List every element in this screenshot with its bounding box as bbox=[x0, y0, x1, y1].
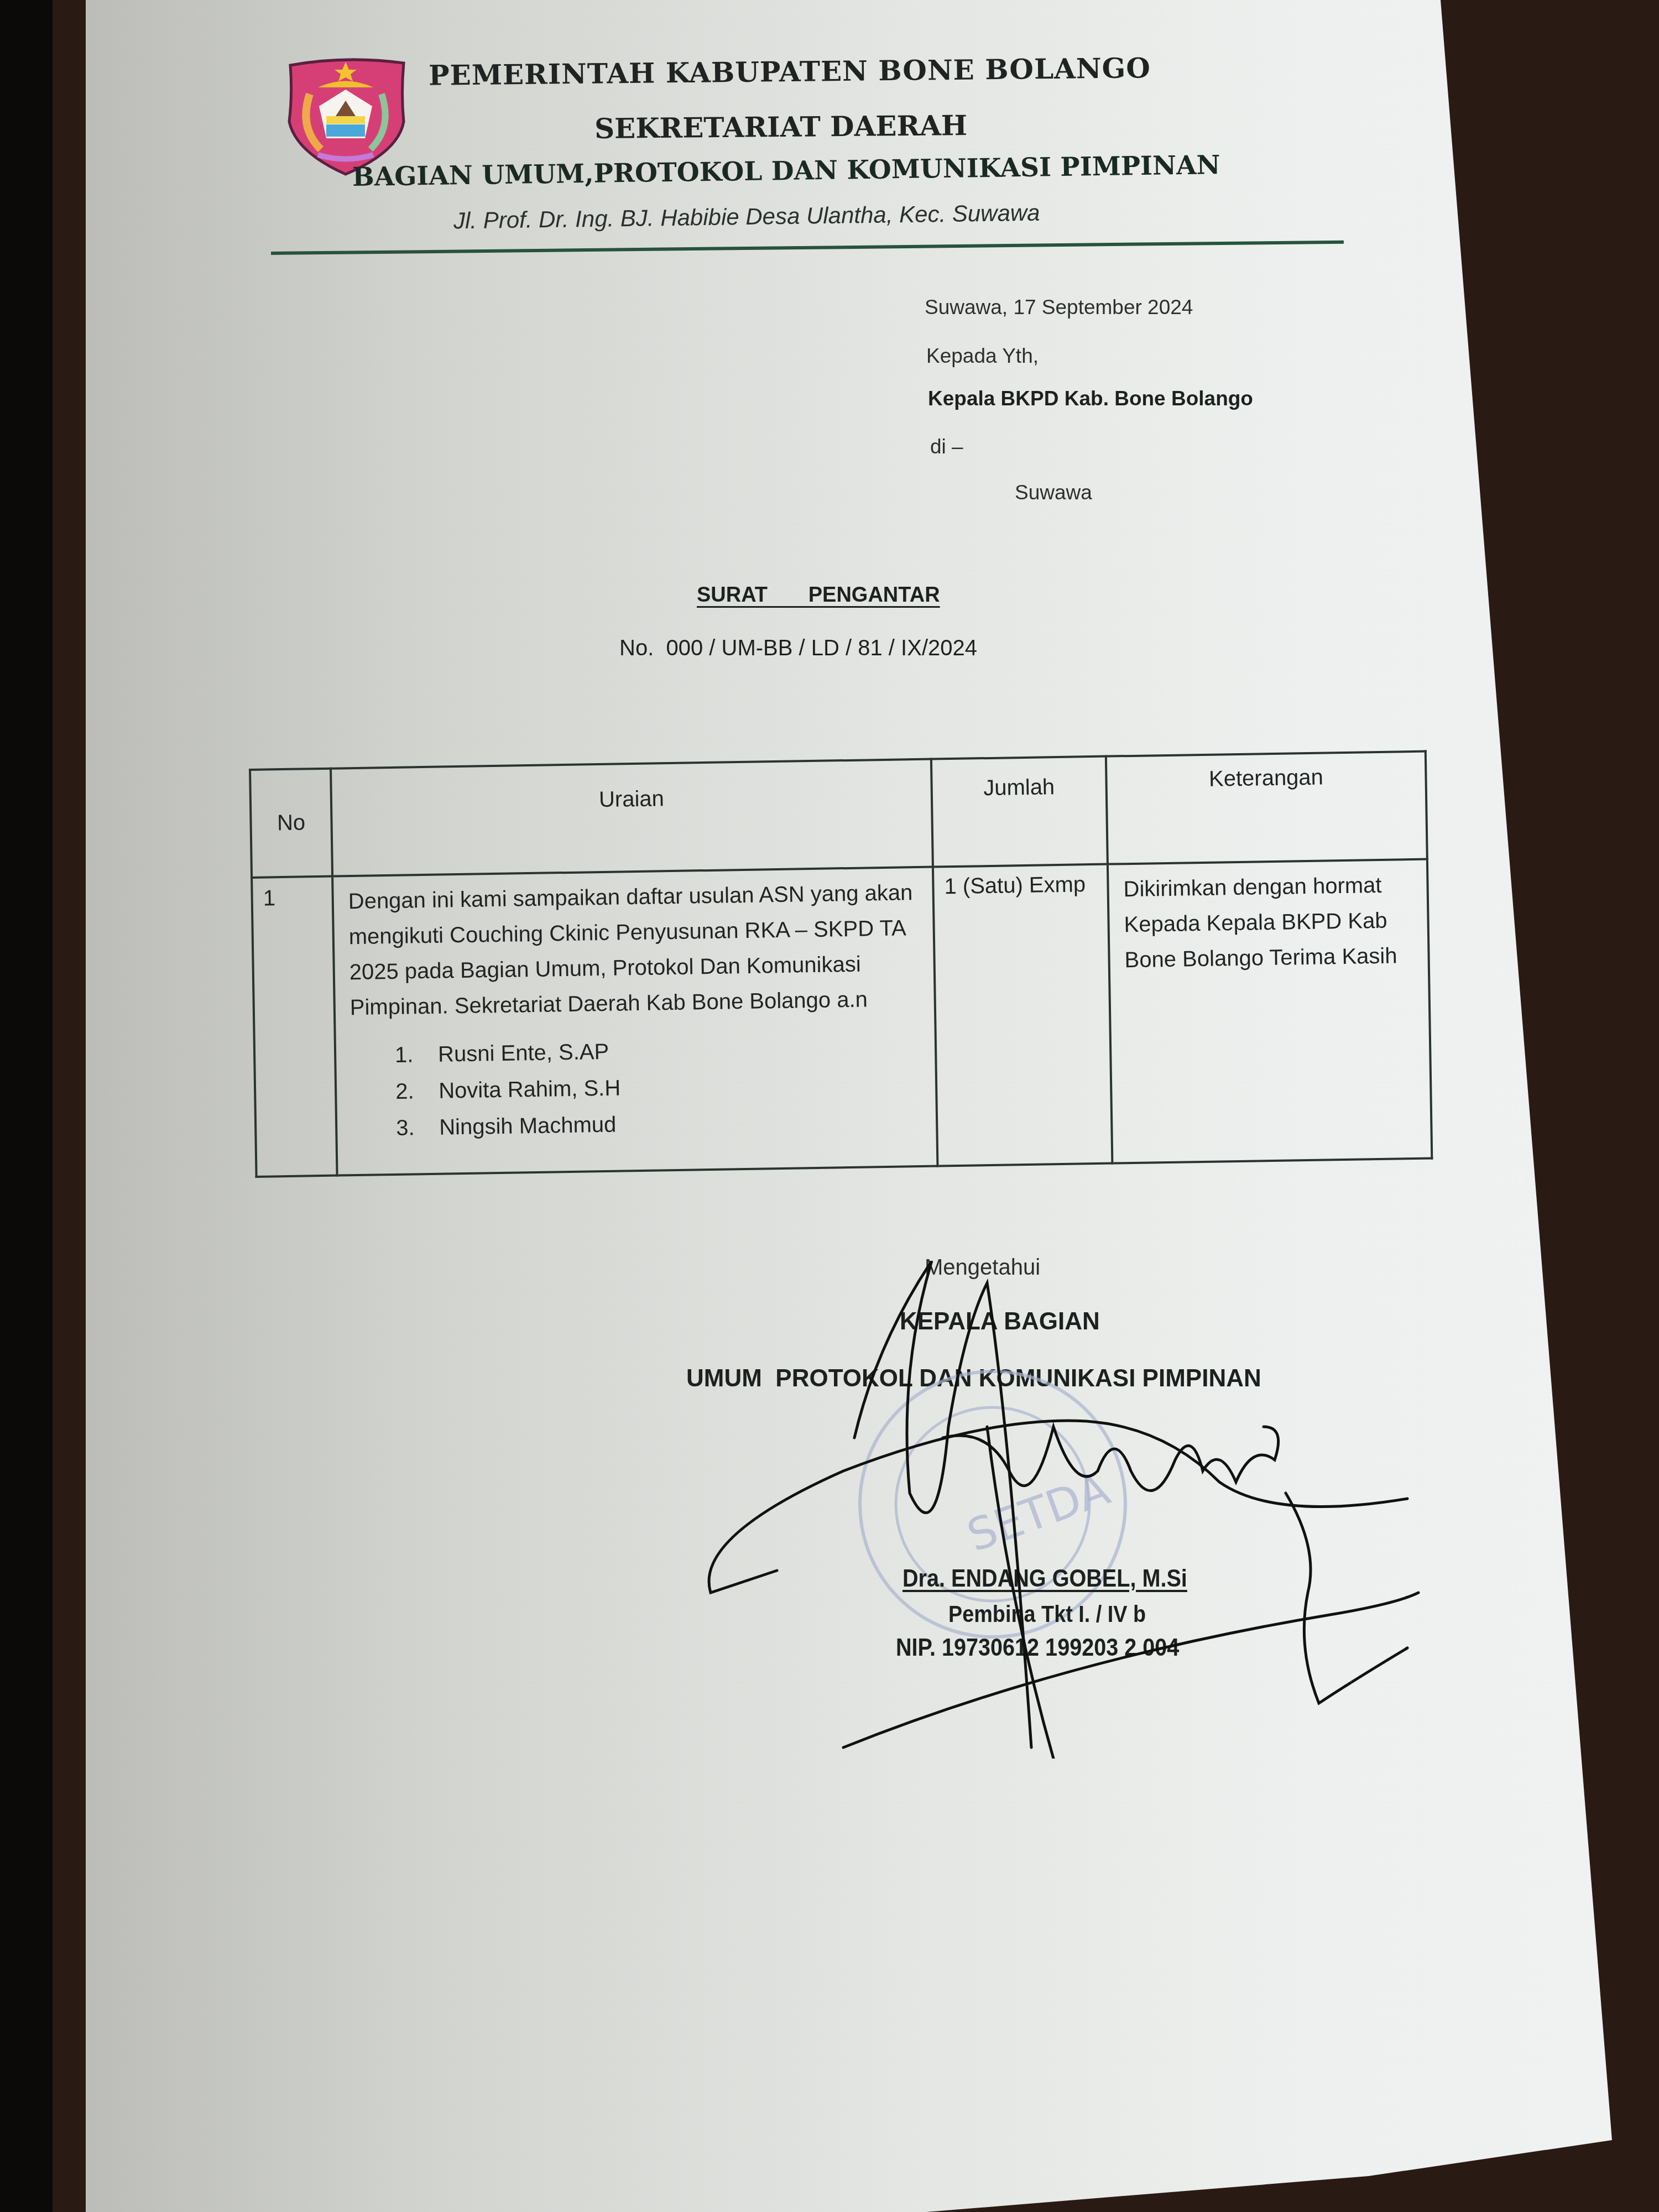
asn-name: Novita Rahim, S.H bbox=[439, 1076, 621, 1103]
asn-name: Ningsih Machmud bbox=[439, 1113, 617, 1140]
table-row: 1 Dengan ini kami sampaikan daftar usula… bbox=[252, 859, 1432, 1177]
asn-name: Rusni Ente, S.AP bbox=[438, 1040, 609, 1067]
letterhead-government: PEMERINTAH KABUPATEN BONE BOLANGO bbox=[429, 51, 1151, 92]
signer-nip: NIP. 19730612 199203 2 004 bbox=[896, 1634, 1179, 1662]
list-number: 1. bbox=[395, 1036, 439, 1073]
items-table: No Uraian Jumlah Keterangan 1 Dengan ini… bbox=[249, 750, 1433, 1178]
cell-jumlah: 1 (Satu) Exmp bbox=[933, 864, 1112, 1166]
place-date: Suwawa, 17 September 2024 bbox=[925, 296, 1193, 319]
asn-name-list: 1.Rusni Ente, S.AP 2.Novita Rahim, S.H 3… bbox=[351, 1029, 925, 1147]
signer-position-1: KEPALA BAGIAN bbox=[900, 1308, 1100, 1335]
header-no: No bbox=[250, 769, 332, 878]
list-number: 3. bbox=[396, 1109, 440, 1146]
uraian-text: Dengan ini kami sampaikan daftar usulan … bbox=[348, 875, 923, 1025]
letterhead-divider bbox=[271, 241, 1344, 255]
letter-number: No. 000 / UM-BB / LD / 81 / IX/2024 bbox=[619, 636, 977, 661]
cell-uraian: Dengan ini kami sampaikan daftar usulan … bbox=[332, 867, 937, 1176]
table-header-row: No Uraian Jumlah Keterangan bbox=[250, 752, 1427, 878]
recipient-city: Suwawa bbox=[1015, 481, 1092, 504]
cell-keterangan: Dikirimkan dengan hormat Kepada Kepala B… bbox=[1108, 859, 1432, 1164]
letterhead-secretariat: SEKRETARIAT DAERAH bbox=[594, 109, 968, 145]
acknowledged-label: Mengetahui bbox=[925, 1255, 1040, 1280]
list-number: 2. bbox=[395, 1073, 439, 1110]
letter-title: SURAT PENGANTAR bbox=[697, 583, 940, 607]
header-jumlah: Jumlah bbox=[931, 757, 1108, 867]
letterhead-division: BAGIAN UMUM,PROTOKOL DAN KOMUNIKASI PIMP… bbox=[352, 150, 1220, 192]
background-desk-left bbox=[0, 0, 53, 2212]
svg-text:SETDA: SETDA bbox=[961, 1463, 1116, 1562]
signer-name: Dra. ENDANG GOBEL, M.Si bbox=[902, 1565, 1187, 1593]
signer-rank: Pembina Tkt I. / IV b bbox=[948, 1601, 1146, 1627]
document-page: PEMERINTAH KABUPATEN BONE BOLANGO SEKRET… bbox=[41, 0, 1623, 2212]
header-keterangan: Keterangan bbox=[1106, 752, 1427, 864]
salutation: Kepada Yth, bbox=[926, 345, 1039, 368]
recipient-name: Kepala BKPD Kab. Bone Bolango bbox=[928, 387, 1253, 410]
letterhead-address: Jl. Prof. Dr. Ing. BJ. Habibie Desa Ulan… bbox=[453, 200, 1040, 234]
regency-emblem-icon bbox=[279, 55, 412, 177]
header-uraian: Uraian bbox=[331, 759, 933, 877]
list-item: 3.Ningsih Machmud bbox=[396, 1102, 925, 1146]
cell-no: 1 bbox=[252, 877, 337, 1177]
recipient-di: di – bbox=[930, 435, 963, 458]
